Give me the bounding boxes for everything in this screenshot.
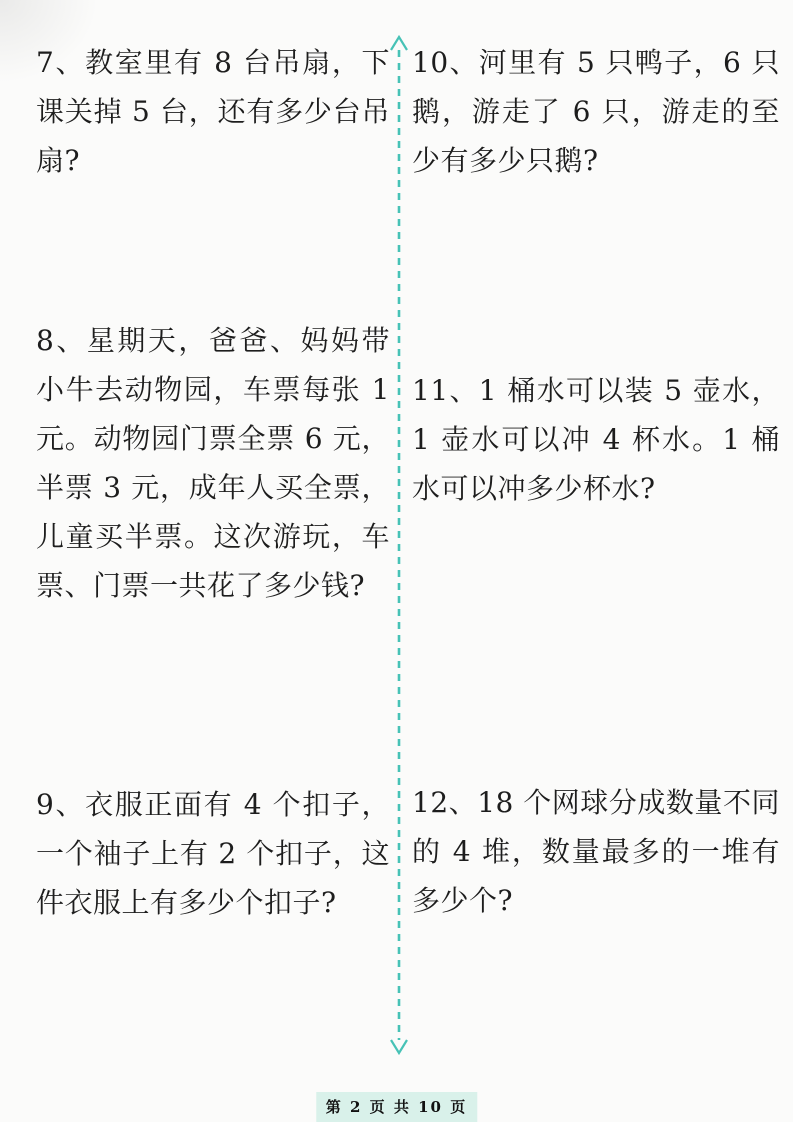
question-12: 12、18 个网球分成数量不同的 4 堆，数量最多的一堆有多少个? (412, 778, 780, 925)
question-11: 11、1 桶水可以装 5 壶水，1 壶水可以冲 4 杯水。1 桶水可以冲多少杯水… (412, 366, 780, 513)
question-8: 8、星期天，爸爸、妈妈带小牛去动物园，车票每张 1 元。动物园门票全票 6 元，… (36, 316, 390, 610)
question-7: 7、教室里有 8 台吊扇，下课关掉 5 台，还有多少台吊扇? (36, 38, 390, 185)
worksheet-page: 7、教室里有 8 台吊扇，下课关掉 5 台，还有多少台吊扇? 8、星期天，爸爸、… (0, 0, 793, 1122)
question-9: 9、衣服正面有 4 个扣子，一个袖子上有 2 个扣子，这件衣服上有多少个扣子? (36, 780, 390, 927)
question-10: 10、河里有 5 只鸭子，6 只鹅，游走了 6 只，游走的至少有多少只鹅? (412, 38, 780, 185)
page-number-footer: 第 2 页 共 10 页 (316, 1092, 477, 1122)
